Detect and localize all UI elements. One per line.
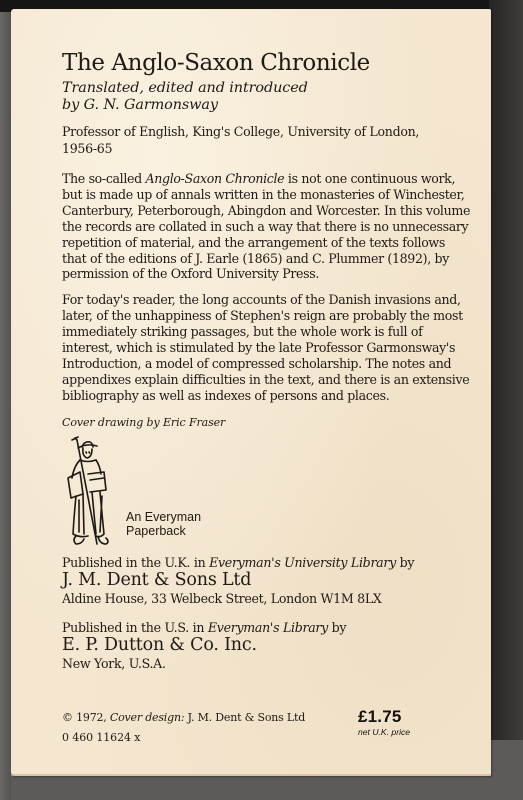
cover-bottom-edge — [11, 774, 491, 776]
copyright-year: © 1972, — [62, 711, 110, 724]
uk-published-suffix: by — [396, 555, 414, 570]
uk-published-prefix: Published in the U.K. in — [62, 555, 209, 570]
everyman-series-mark: An Everyman Paperback — [62, 436, 462, 544]
everyman-label-line-2: Paperback — [126, 524, 201, 539]
byline-line-1: Translated, edited and introduced — [62, 80, 462, 97]
background-right-edge — [489, 0, 523, 740]
price-note: net U.K. price — [358, 727, 410, 737]
cover-footer: © 1972, Cover design: J. M. Dent & Sons … — [62, 711, 482, 745]
description-paragraph-2: For today's reader, the long accounts of… — [62, 292, 472, 403]
price-block: £1.75 net U.K. price — [358, 708, 410, 737]
uk-library-name: Everyman's University Library — [209, 555, 396, 570]
copyright-line: © 1972, Cover design: J. M. Dent & Sons … — [62, 711, 482, 725]
everyman-paperback-label: An Everyman Paperback — [126, 510, 201, 539]
background-left-edge — [0, 0, 11, 800]
paragraph-1-italic-title: Anglo-Saxon Chronicle — [146, 171, 285, 186]
us-publisher-address: New York, U.S.A. — [62, 656, 462, 671]
isbn: 0 460 11624 x — [62, 731, 482, 745]
book-title: The Anglo-Saxon Chronicle — [62, 48, 462, 78]
cover-content: The Anglo-Saxon Chronicle Translated, ed… — [62, 48, 462, 671]
copyright-holder: J. M. Dent & Sons Ltd — [184, 711, 305, 724]
cover-drawing-credit: Cover drawing by Eric Fraser — [62, 416, 462, 430]
uk-published-line: Published in the U.K. in Everyman's Univ… — [62, 555, 462, 570]
byline-line-2: by G. N. Garmonsway — [62, 97, 462, 114]
us-publisher-name: E. P. Dutton & Co. Inc. — [62, 635, 462, 656]
author-credentials: Professor of English, King's College, Un… — [62, 123, 462, 157]
price: £1.75 — [358, 708, 410, 726]
credentials-line-2: 1956-65 — [62, 140, 462, 157]
credentials-line-1: Professor of English, King's College, Un… — [62, 123, 462, 140]
us-publisher-block: Published in the U.S. in Everyman's Libr… — [62, 620, 462, 671]
paragraph-1-lead: The so-called — [62, 171, 146, 186]
byline: Translated, edited and introduced by G. … — [62, 80, 462, 114]
everyman-label-line-1: An Everyman — [126, 510, 201, 525]
us-published-prefix: Published in the U.S. in — [62, 620, 208, 635]
everyman-pilgrim-figure-icon — [66, 436, 122, 548]
uk-publisher-name: J. M. Dent & Sons Ltd — [62, 570, 462, 591]
uk-publisher-address: Aldine House, 33 Welbeck Street, London … — [62, 591, 462, 606]
paragraph-1-rest: is not one continuous work, but is made … — [62, 171, 470, 281]
description-paragraph-1: The so-called Anglo-Saxon Chronicle is n… — [62, 171, 472, 282]
us-library-name: Everyman's Library — [208, 620, 328, 635]
us-published-suffix: by — [328, 620, 346, 635]
us-published-line: Published in the U.S. in Everyman's Libr… — [62, 620, 462, 635]
uk-publisher-block: Published in the U.K. in Everyman's Univ… — [62, 555, 462, 606]
copyright-cover-design-label: Cover design: — [110, 711, 184, 724]
